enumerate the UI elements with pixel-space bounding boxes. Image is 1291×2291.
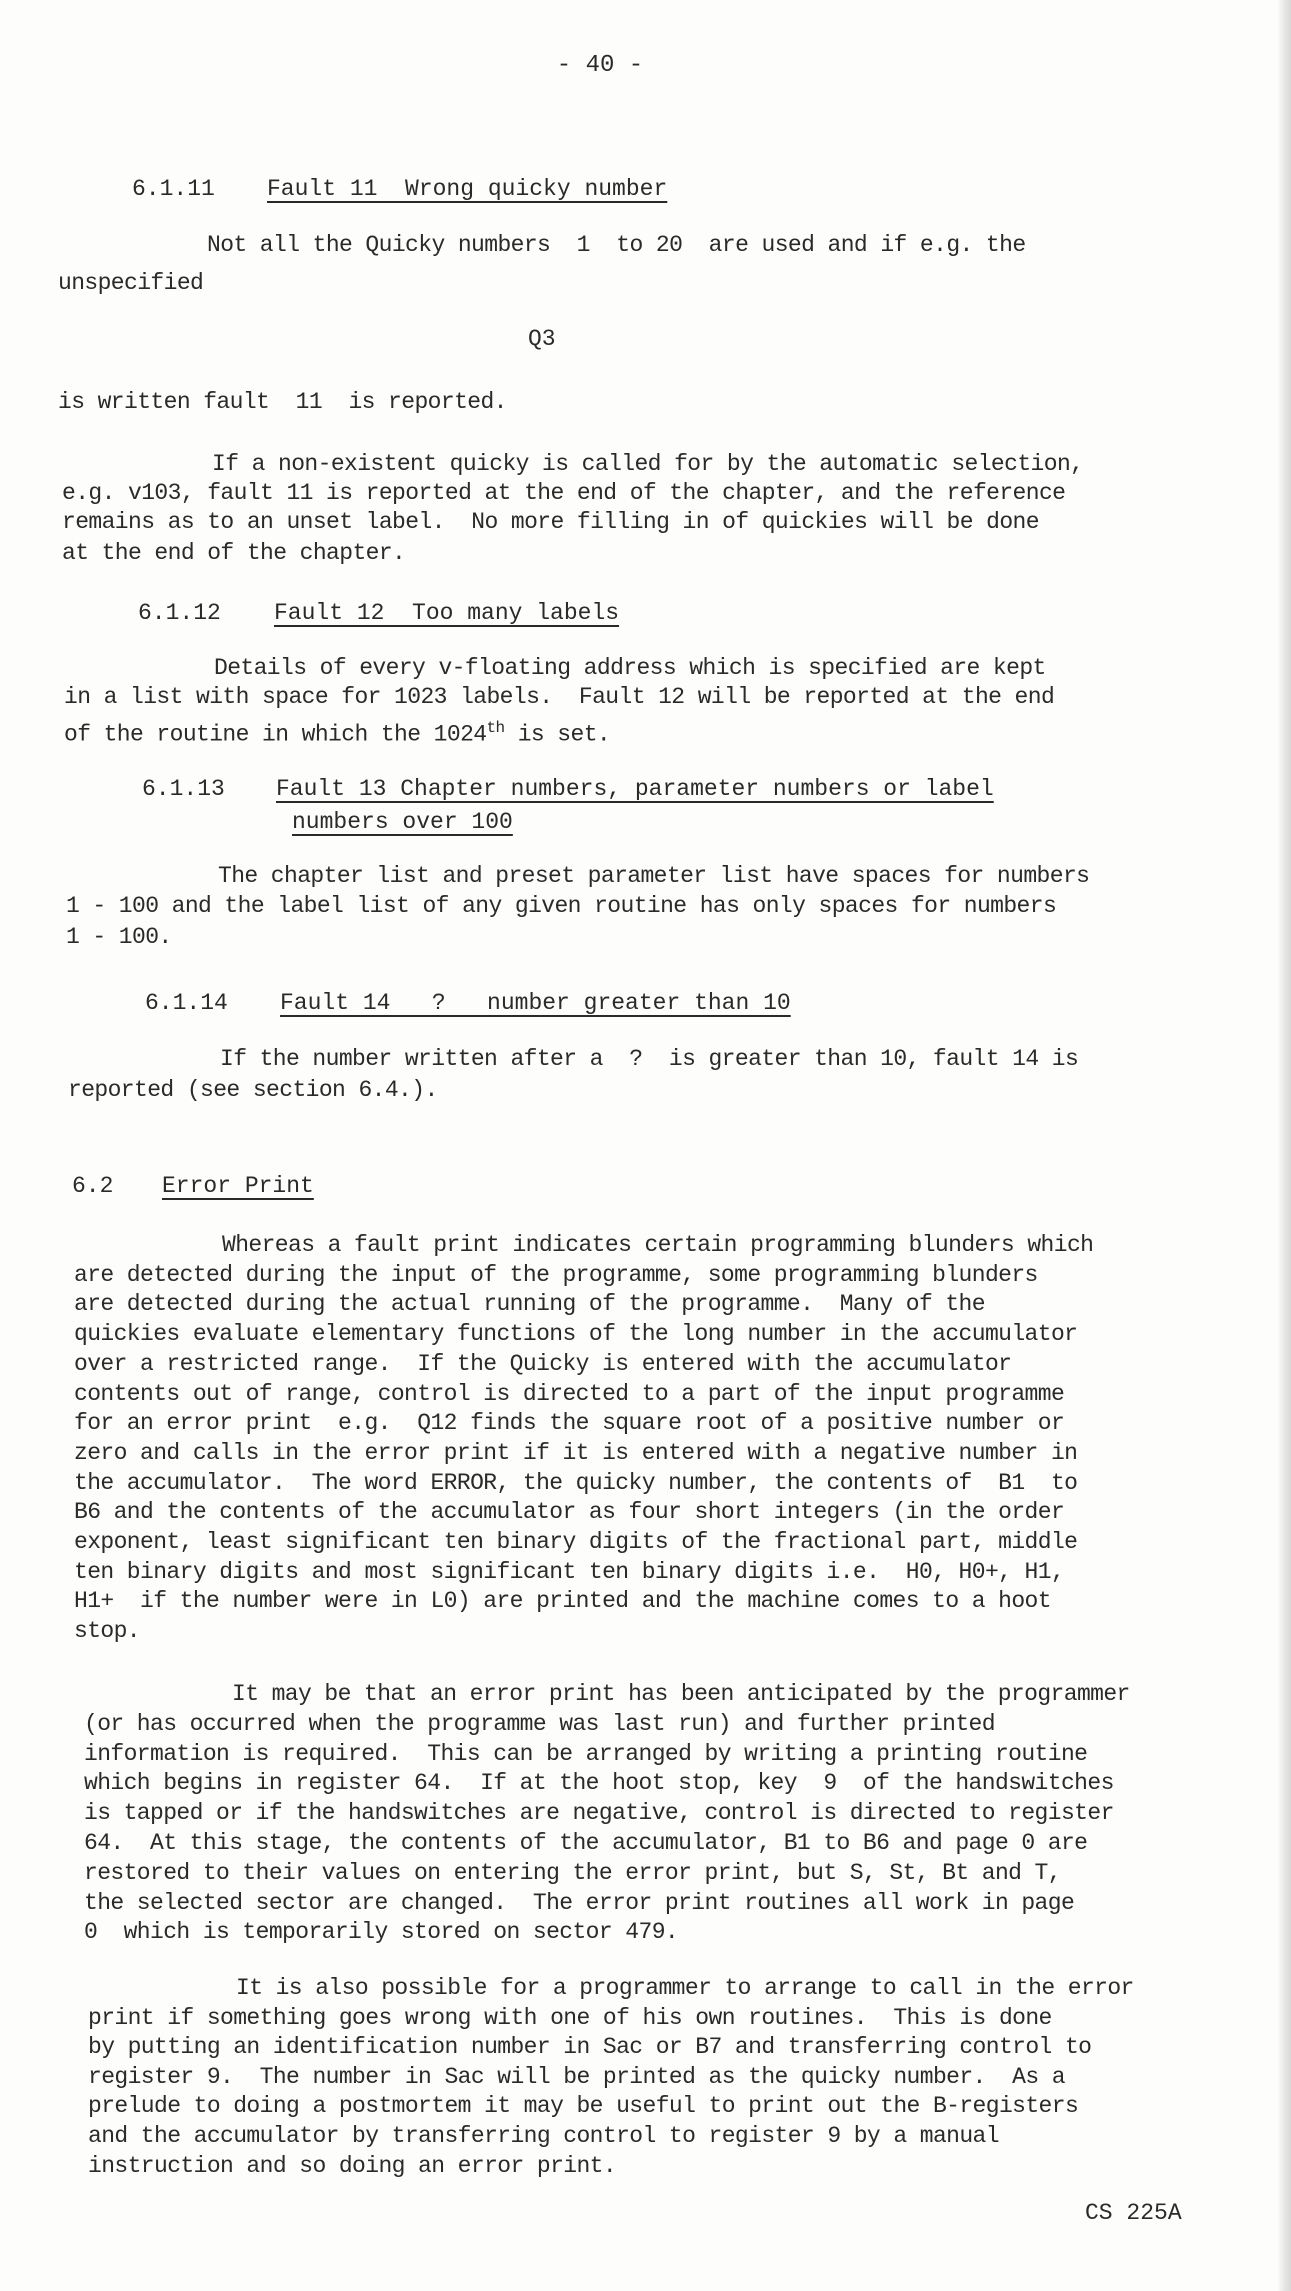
paragraph-line: The chapter list and preset parameter li… — [218, 863, 1089, 889]
paragraph-line: reported (see section 6.4.). — [68, 1077, 438, 1103]
paragraph-line: If the number written after a ? is great… — [220, 1046, 1078, 1072]
section-6-1-12-number: 6.1.12 — [138, 600, 221, 626]
text-run: of the routine in which the 1024 — [64, 722, 486, 748]
paragraph-line: of the routine in which the 1024th is se… — [64, 715, 610, 748]
paragraph-line: are detected during the actual running o… — [74, 1291, 985, 1317]
paragraph-line: quickies evaluate elementary functions o… — [74, 1321, 1077, 1347]
paragraph-line: 64. At this stage, the contents of the a… — [84, 1830, 1087, 1856]
paragraph-line: for an error print e.g. Q12 finds the sq… — [74, 1410, 1064, 1436]
paragraph-line: (or has occurred when the programme was … — [84, 1711, 995, 1737]
document-code: CS 225A — [1085, 2200, 1182, 2226]
section-6-1-13-title-line2: numbers over 100 — [292, 809, 513, 835]
paragraph-line: It is also possible for a programmer to … — [236, 1975, 1134, 2001]
paragraph-line: are detected during the input of the pro… — [74, 1262, 1038, 1288]
page-number: - 40 - — [0, 52, 1200, 79]
paragraph-line: ten binary digits and most significant t… — [74, 1559, 1064, 1585]
paragraph-line: exponent, least significant ten binary d… — [74, 1529, 1077, 1555]
paragraph-line: zero and calls in the error print if it … — [74, 1440, 1077, 1466]
paragraph-line: 0 which is temporarily stored on sector … — [84, 1919, 678, 1945]
section-6-1-14-title: Fault 14 ? number greater than 10 — [280, 990, 791, 1016]
paragraph-line: the selected sector are changed. The err… — [84, 1890, 1074, 1916]
superscript: th — [486, 719, 504, 737]
paragraph-line: unspecified — [58, 270, 203, 296]
paragraph-line: e.g. v103, fault 11 is reported at the e… — [62, 480, 1065, 506]
paragraph-line: H1+ if the number were in L0) are printe… — [74, 1588, 1051, 1614]
paragraph-line: over a restricted range. If the Quicky i… — [74, 1351, 1011, 1377]
section-6-1-12-title: Fault 12 Too many labels — [274, 600, 619, 626]
section-6-1-13-title-line1: Fault 13 Chapter numbers, parameter numb… — [276, 776, 994, 802]
section-6-2-title: Error Print — [162, 1173, 314, 1199]
section-6-1-11-title: Fault 11 Wrong quicky number — [267, 176, 667, 202]
paragraph-line: register 9. The number in Sac will be pr… — [88, 2064, 1065, 2090]
paragraph-line: contents out of range, control is direct… — [74, 1381, 1064, 1407]
paragraph-line: by putting an identification number in S… — [88, 2034, 1091, 2060]
text-run: is set. — [505, 722, 611, 748]
paragraph-line: Whereas a fault print indicates certain … — [222, 1232, 1093, 1258]
section-6-1-13-number: 6.1.13 — [142, 776, 225, 802]
section-6-2-number: 6.2 — [72, 1173, 113, 1199]
paragraph-line: restored to their values on entering the… — [84, 1860, 1061, 1886]
paragraph-line: Details of every v-floating address whic… — [214, 655, 1046, 681]
paragraph-line: 1 - 100 and the label list of any given … — [66, 893, 1056, 919]
paragraph-line: at the end of the chapter. — [62, 540, 405, 566]
paragraph-line: Not all the Quicky numbers 1 to 20 are u… — [207, 232, 1026, 258]
paragraph-line: prelude to doing a postmortem it may be … — [88, 2093, 1078, 2119]
paragraph-line: print if something goes wrong with one o… — [88, 2005, 1052, 2031]
section-6-1-14-number: 6.1.14 — [145, 990, 228, 1016]
section-6-1-11-number: 6.1.11 — [132, 176, 215, 202]
paragraph-line: is written fault 11 is reported. — [58, 389, 507, 415]
paragraph-line: If a non-existent quicky is called for b… — [212, 451, 1083, 477]
paragraph-line: instruction and so doing an error print. — [88, 2153, 616, 2179]
paragraph-line: in a list with space for 1023 labels. Fa… — [64, 684, 1054, 710]
page-edge-shadow — [1277, 0, 1291, 2291]
paragraph-line: remains as to an unset label. No more fi… — [62, 509, 1039, 535]
paragraph-line: the accumulator. The word ERROR, the qui… — [74, 1470, 1077, 1496]
paragraph-line: B6 and the contents of the accumulator a… — [74, 1499, 1064, 1525]
example-code: Q3 — [528, 326, 556, 352]
paragraph-line: is tapped or if the handswitches are neg… — [84, 1800, 1114, 1826]
paragraph-line: and the accumulator by transferring cont… — [88, 2123, 999, 2149]
paragraph-line: It may be that an error print has been a… — [232, 1681, 1130, 1707]
paragraph-line: which begins in register 64. If at the h… — [84, 1770, 1114, 1796]
paragraph-line: stop. — [74, 1618, 140, 1644]
paragraph-line: information is required. This can be arr… — [84, 1741, 1087, 1767]
paragraph-line: 1 - 100. — [66, 924, 172, 950]
